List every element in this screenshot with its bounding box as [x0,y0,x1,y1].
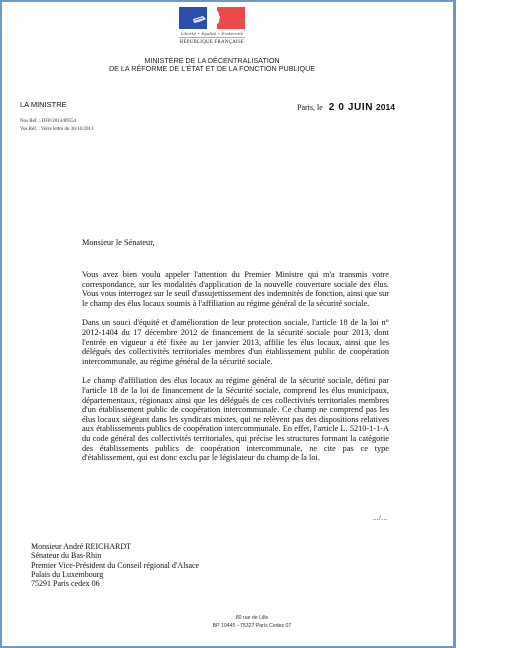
date-line: Paris, le2 0 JUIN2014 [297,102,395,113]
your-reference: Vos Réf. : Votre lettre du 30/10/2013 [20,126,93,134]
recipient-line: Monsieur André REICHARDT [31,542,199,551]
republique-francaise-label: RÉPUBLIQUE FRANÇAISE [179,40,245,45]
recipient-line: 75291 Paris cedex 06 [31,579,199,588]
marianne-icon [179,7,245,29]
salutation: Monsieur le Sénateur, [82,238,155,247]
footer-line-2: BP 10445 - 75327 Paris Cedex 07 [152,622,352,630]
sender-title: LA MINISTRE [20,100,67,109]
republique-francaise-logo: Liberté • Égalité • Fraternité RÉPUBLIQU… [179,7,245,45]
ministry-line-2: DE LA RÉFORME DE L'ÉTAT ET DE LA FONCTIO… [62,65,362,73]
motto: Liberté • Égalité • Fraternité [179,31,245,38]
continuation-mark: …/… [372,514,388,522]
date-stamp: 2 0 JUIN [329,102,373,113]
footer-address: 80 rue de Lille BP 10445 - 75327 Paris C… [152,614,352,630]
paragraph-2: Dans un souci d'équité et d'amélioration… [82,318,389,366]
recipient-line: Premier Vice-Président du Conseil région… [31,561,199,570]
date-year: 2014 [376,102,395,112]
date-place: Paris, le [297,103,323,112]
references: Nos Réf. : DFP/2013/89554 Vos Réf. : Vot… [20,118,93,134]
ministry-heading: MINISTÈRE DE LA DÉCENTRALISATION DE LA R… [62,57,362,73]
paragraph-1: Vous avez bien voulu appeler l'attention… [82,270,389,308]
recipient-address: Monsieur André REICHARDT Sénateur du Bas… [31,542,199,588]
footer-line-1: 80 rue de Lille [152,614,352,622]
paragraph-3: Le champ d'affiliation des élus locaux a… [82,376,389,462]
letter-page: Liberté • Égalité • Fraternité RÉPUBLIQU… [0,0,456,648]
letter-body: Vous avez bien voulu appeler l'attention… [82,270,389,473]
our-reference: Nos Réf. : DFP/2013/89554 [20,118,93,126]
recipient-line: Sénateur du Bas-Rhin [31,551,199,560]
recipient-line: Palais du Luxembourg [31,570,199,579]
